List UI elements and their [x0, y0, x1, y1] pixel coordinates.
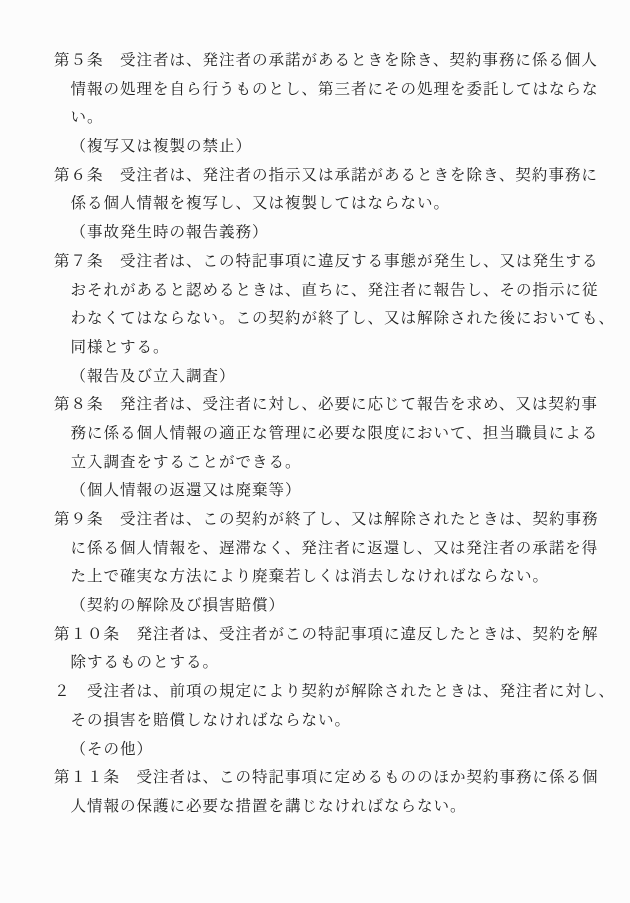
document-line: おそれがあると認めるときは、直ちに、発注者に報告し、その指示に従 [54, 277, 610, 306]
document-line: 第７条 受注者は、この特記事項に違反する事態が発生し、又は発生する [54, 248, 610, 277]
document-line: 情報の処理を自ら行うものとし、第三者にその処理を委託してはならな [54, 76, 610, 105]
document-line: わなくてはならない。この契約が終了し、又は解除された後においても、 [54, 305, 610, 334]
document-line: （契約の解除及び損害賠償） [54, 592, 610, 621]
document-line: 務に係る個人情報の適正な管理に必要な限度において、担当職員による [54, 420, 610, 449]
document-page: 第５条 受注者は、発注者の承諾があるときを除き、契約事務に係る個人情報の処理を自… [0, 0, 630, 903]
document-line: 立入調査をすることができる。 [54, 449, 610, 478]
document-line: 第１１条 受注者は、この特記事項に定めるもののほか契約事務に係る個 [54, 764, 610, 793]
document-line: ２ 受注者は、前項の規定により契約が解除されたときは、発注者に対し、 [54, 678, 610, 707]
document-line: （その他） [54, 736, 610, 765]
document-line: （報告及び立入調査） [54, 363, 610, 392]
document-line: 除するものとする。 [54, 649, 610, 678]
document-line: 係る個人情報を複写し、又は複製してはならない。 [54, 190, 610, 219]
document-line: 第６条 受注者は、発注者の指示又は承諾があるときを除き、契約事務に [54, 162, 610, 191]
document-line: 第９条 受注者は、この契約が終了し、又は解除されたときは、契約事務 [54, 506, 610, 535]
document-line: （複写又は複製の禁止） [54, 133, 610, 162]
document-line: 第５条 受注者は、発注者の承諾があるときを除き、契約事務に係る個人 [54, 47, 610, 76]
document-line: その損害を賠償しなければならない。 [54, 707, 610, 736]
document-line: 第１０条 発注者は、受注者がこの特記事項に違反したときは、契約を解 [54, 621, 610, 650]
document-line: 同様とする。 [54, 334, 610, 363]
document-line: （個人情報の返還又は廃棄等） [54, 477, 610, 506]
document-line: 人情報の保護に必要な措置を講じなければならない。 [54, 793, 610, 822]
document-line: に係る個人情報を、遅滞なく、発注者に返還し、又は発注者の承諾を得 [54, 535, 610, 564]
document-text: 第５条 受注者は、発注者の承諾があるときを除き、契約事務に係る個人情報の処理を自… [0, 0, 630, 903]
document-line: い。 [54, 104, 610, 133]
document-line: 第８条 発注者は、受注者に対し、必要に応じて報告を求め、又は契約事 [54, 391, 610, 420]
document-line: た上で確実な方法により廃棄若しくは消去しなければならない。 [54, 563, 610, 592]
document-line: （事故発生時の報告義務） [54, 219, 610, 248]
